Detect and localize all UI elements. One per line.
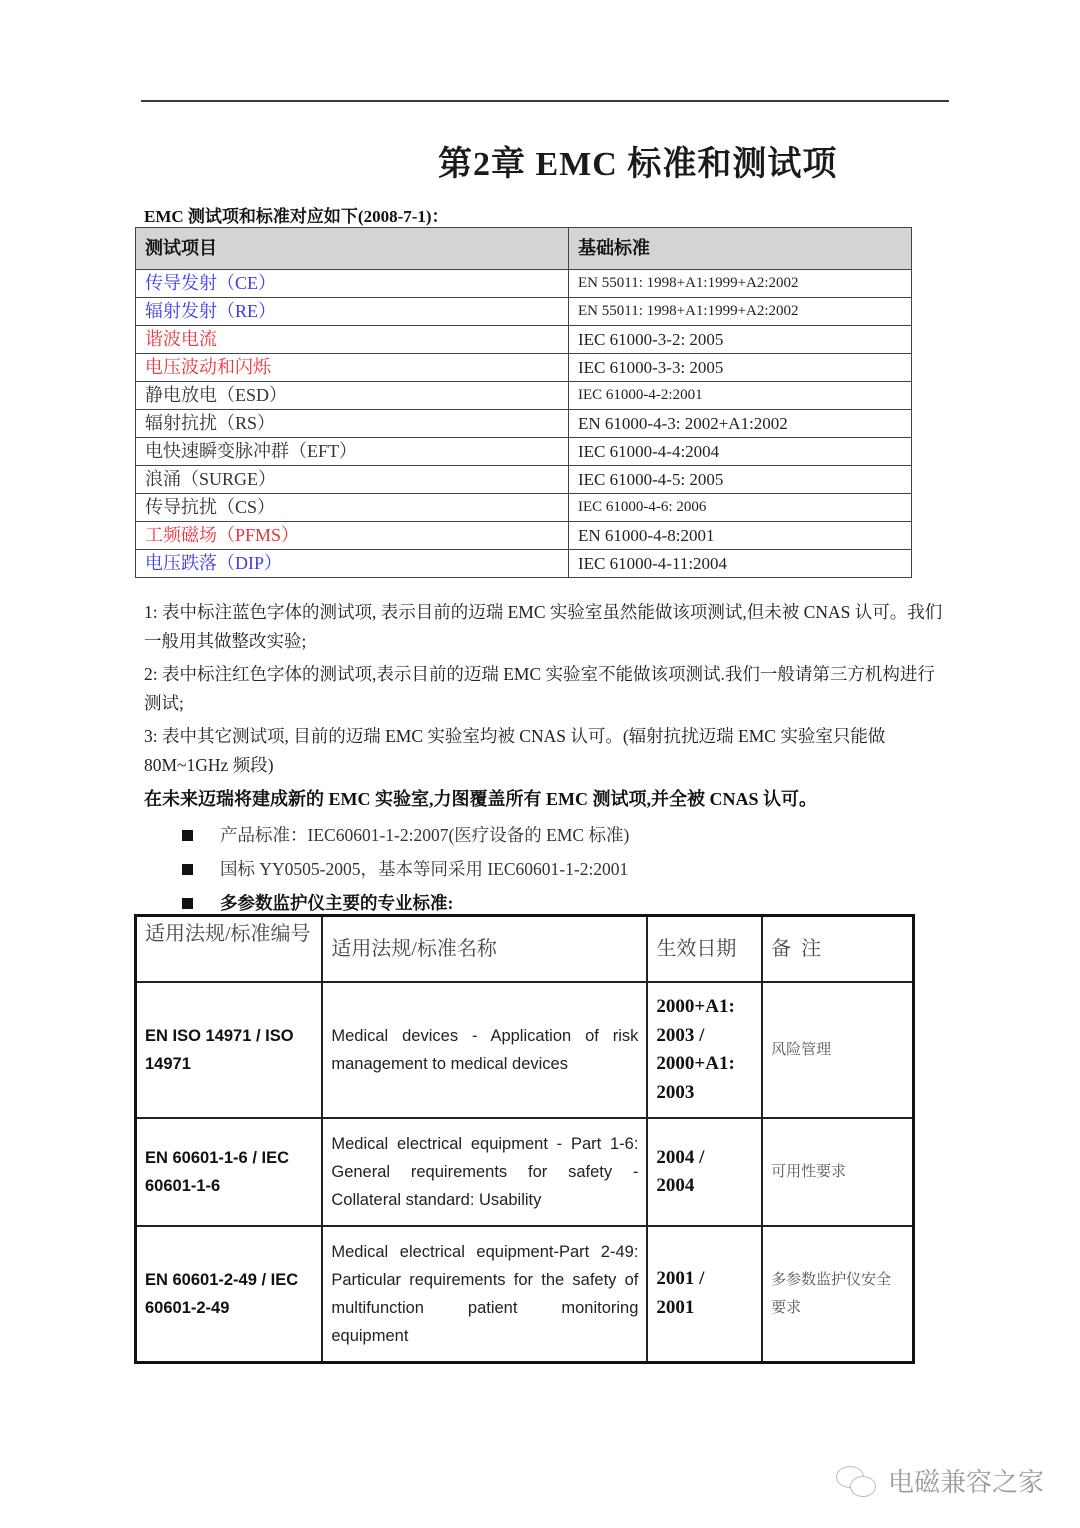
table-row: 辐射抗扰（RS）EN 61000-4-3: 2002+A1:2002 [136, 410, 912, 438]
square-bullet-icon [182, 864, 193, 875]
table-row: 工频磁场（PFMS）EN 61000-4-8:2001 [136, 522, 912, 550]
remark: 风险管理 [762, 982, 913, 1118]
table-row: 电压跌落（DIP）IEC 61000-4-11:2004 [136, 550, 912, 578]
monitor-standards-table: 适用法规/标准编号 适用法规/标准名称 生效日期 备 注 EN ISO 1497… [134, 914, 915, 1364]
header-rule [141, 100, 949, 102]
date-line: 2000+A1: [656, 1050, 753, 1079]
test-item: 辐射发射（RE） [136, 298, 569, 326]
standard: IEC 61000-3-2: 2005 [569, 326, 912, 354]
effective-date: 2000+A1: 2003 / 2000+A1: 2003 [647, 982, 762, 1118]
test-item: 辐射抗扰（RS） [136, 410, 569, 438]
remark: 多参数监护仪安全要求 [762, 1226, 913, 1362]
table-header-row: 适用法规/标准编号 适用法规/标准名称 生效日期 备 注 [136, 916, 914, 983]
standard: IEC 61000-4-11:2004 [569, 550, 912, 578]
table-row: 浪涌（SURGE）IEC 61000-4-5: 2005 [136, 466, 912, 494]
note-2: 2: 表中标注红色字体的测试项,表示目前的迈瑞 EMC 实验室不能做该项测试.我… [144, 660, 948, 718]
test-item: 传导发射（CE） [136, 270, 569, 298]
date-text: 2003 / [656, 1022, 704, 1051]
standard: EN 61000-4-8:2001 [569, 522, 912, 550]
standard-name: Medical electrical equipment-Part 2-49: … [322, 1226, 647, 1362]
table-row: 电快速瞬变脉冲群（EFT）IEC 61000-4-4:2004 [136, 438, 912, 466]
standard: IEC 61000-4-2:2001 [569, 382, 912, 410]
date-line: 2003 [656, 1079, 753, 1108]
list-item: 产品标准：IEC60601-1-2:2007(医疗设备的 EMC 标准) [182, 818, 629, 852]
standard-code: EN ISO 14971 / ISO 14971 [136, 982, 323, 1118]
bullet-text: 国标 YY0505-2005，基本等同采用 IEC60601-1-2:2001 [220, 854, 628, 884]
table-row: EN 60601-1-6 / IEC 60601-1-6 Medical ele… [136, 1118, 914, 1226]
watermark-text: 电磁兼容之家 [888, 1462, 1044, 1499]
emc-test-standards-table: 测试项目 基础标准 传导发射（CE）EN 55011: 1998+A1:1999… [135, 227, 912, 578]
standard-code: EN 60601-1-6 / IEC 60601-1-6 [136, 1118, 323, 1226]
date-line: 2004 / [656, 1144, 753, 1173]
test-item: 电压波动和闪烁 [136, 354, 569, 382]
watermark: 电磁兼容之家 [836, 1462, 1044, 1499]
bullet-text: 产品标准：IEC60601-1-2:2007(医疗设备的 EMC 标准) [220, 820, 629, 850]
header-date: 生效日期 [647, 916, 762, 983]
wechat-icon [836, 1464, 880, 1498]
test-item: 静电放电（ESD） [136, 382, 569, 410]
standard: IEC 61000-3-3: 2005 [569, 354, 912, 382]
header-name: 适用法规/标准名称 [322, 916, 647, 983]
date-line: 2000+A1: [656, 993, 753, 1022]
table-caption: EMC 测试项和标准对应如下(2008-7-1)： [144, 202, 449, 227]
list-item: 国标 YY0505-2005，基本等同采用 IEC60601-1-2:2001 [182, 852, 629, 886]
standard: EN 55011: 1998+A1:1999+A2:2002 [569, 298, 912, 326]
table-row: EN ISO 14971 / ISO 14971 Medical devices… [136, 982, 914, 1118]
date-line: 2001 / [656, 1265, 753, 1294]
test-item: 浪涌（SURGE） [136, 466, 569, 494]
table-row: 辐射发射（RE）EN 55011: 1998+A1:1999+A2:2002 [136, 298, 912, 326]
test-item: 电压跌落（DIP） [136, 550, 569, 578]
table-row: 传导发射（CE）EN 55011: 1998+A1:1999+A2:2002 [136, 270, 912, 298]
standard: EN 61000-4-3: 2002+A1:2002 [569, 410, 912, 438]
standard: EN 55011: 1998+A1:1999+A2:2002 [569, 270, 912, 298]
header-base-standard: 基础标准 [569, 228, 912, 270]
square-bullet-icon [182, 830, 193, 841]
standard: IEC 61000-4-6: 2006 [569, 494, 912, 522]
table-row: 谐波电流IEC 61000-3-2: 2005 [136, 326, 912, 354]
standard-name: Medical electrical equipment - Part 1-6:… [322, 1118, 647, 1226]
standard-code: EN 60601-2-49 / IEC 60601-2-49 [136, 1226, 323, 1362]
header-note: 备 注 [762, 916, 913, 983]
table-row: 传导抗扰（CS）IEC 61000-4-6: 2006 [136, 494, 912, 522]
table-row: 电压波动和闪烁IEC 61000-3-3: 2005 [136, 354, 912, 382]
chapter-title: 第2章 EMC 标准和测试项 [438, 136, 837, 185]
effective-date: 2004 / 2004 [647, 1118, 762, 1226]
date-line: 2004 [656, 1172, 753, 1201]
future-statement: 在未来迈瑞将建成新的 EMC 实验室,力图覆盖所有 EMC 测试项,并全被 CN… [144, 785, 817, 811]
standard: IEC 61000-4-5: 2005 [569, 466, 912, 494]
note-3: 3: 表中其它测试项, 目前的迈瑞 EMC 实验室均被 CNAS 认可。(辐射抗… [144, 722, 948, 780]
test-item: 谐波电流 [136, 326, 569, 354]
test-item: 工频磁场（PFMS） [136, 522, 569, 550]
date-line: 2003 / [656, 1022, 753, 1051]
header-code: 适用法规/标准编号 [136, 916, 323, 983]
square-bullet-icon [182, 898, 193, 909]
header-test-item: 测试项目 [136, 228, 569, 270]
standard: IEC 61000-4-4:2004 [569, 438, 912, 466]
table-header-row: 测试项目 基础标准 [136, 228, 912, 270]
note-1: 1: 表中标注蓝色字体的测试项, 表示目前的迈瑞 EMC 实验室虽然能做该项测试… [144, 598, 948, 656]
remark: 可用性要求 [762, 1118, 913, 1226]
test-item: 电快速瞬变脉冲群（EFT） [136, 438, 569, 466]
date-line: 2001 [656, 1294, 753, 1323]
bullet-list: 产品标准：IEC60601-1-2:2007(医疗设备的 EMC 标准) 国标 … [182, 818, 629, 920]
effective-date: 2001 / 2001 [647, 1226, 762, 1362]
notes: 1: 表中标注蓝色字体的测试项, 表示目前的迈瑞 EMC 实验室虽然能做该项测试… [144, 598, 948, 784]
table-row: 静电放电（ESD）IEC 61000-4-2:2001 [136, 382, 912, 410]
test-item: 传导抗扰（CS） [136, 494, 569, 522]
table-row: EN 60601-2-49 / IEC 60601-2-49 Medical e… [136, 1226, 914, 1362]
standard-name: Medical devices - Application of risk ma… [322, 982, 647, 1118]
